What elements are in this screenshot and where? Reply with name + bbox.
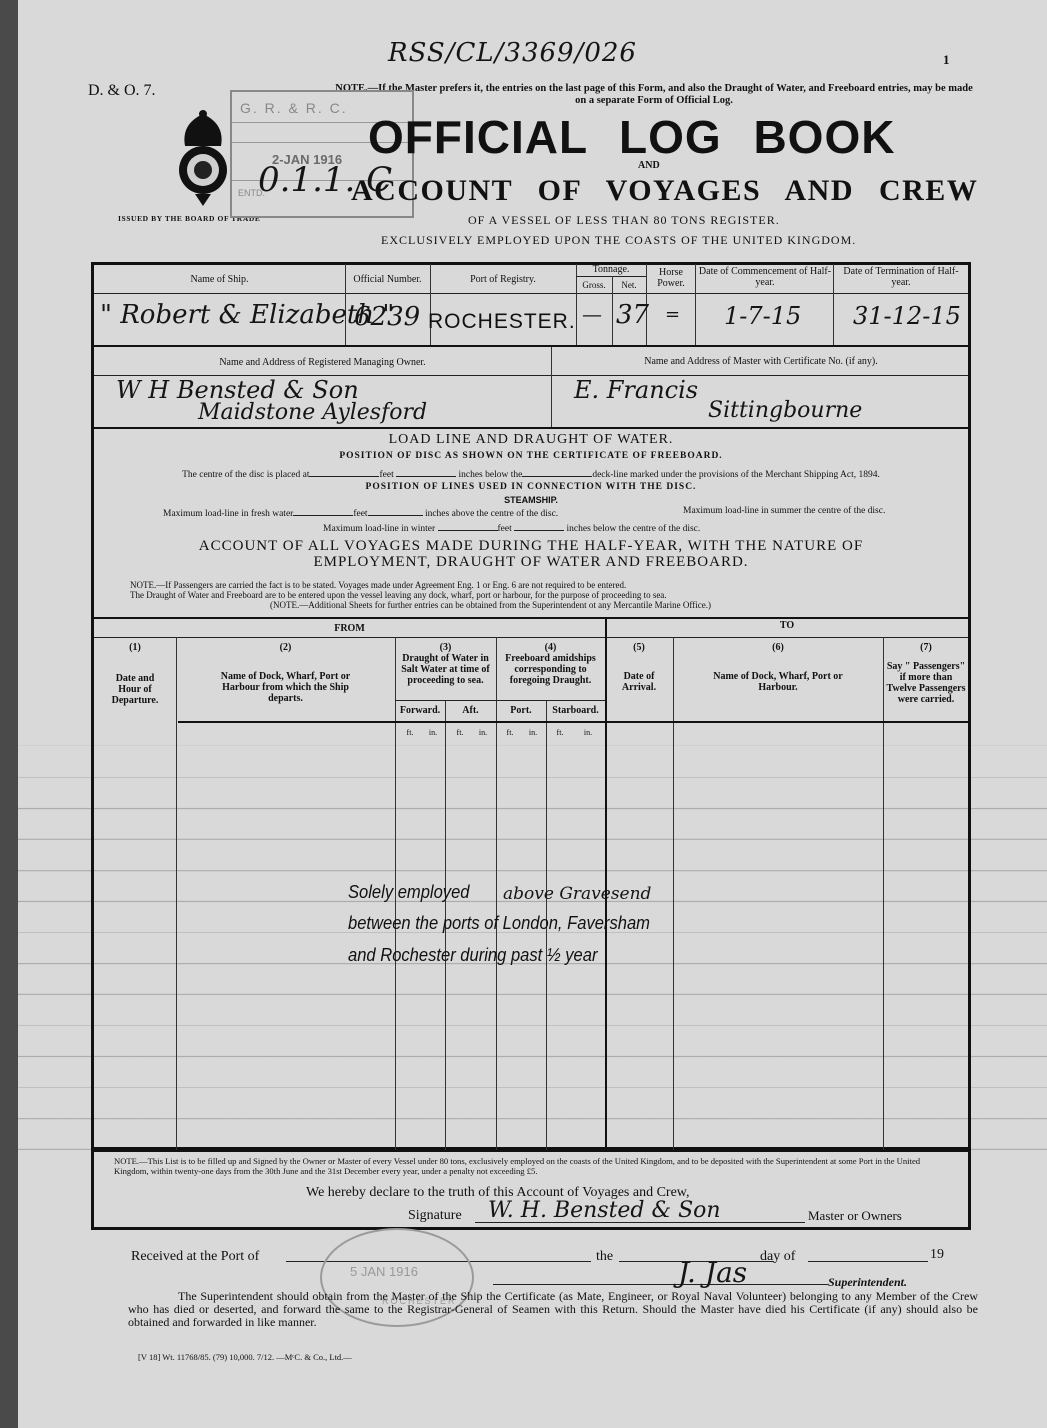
winter-inches-field[interactable] bbox=[514, 521, 564, 531]
coasts-line: EXCLUSIVELY EMPLOYED UPON THE COASTS OF … bbox=[381, 233, 856, 248]
superintendent-signature: J. Jas bbox=[678, 1256, 747, 1289]
master-name-value: E. Francis bbox=[574, 376, 698, 404]
date-termination-value: 31-12-15 bbox=[853, 302, 961, 330]
account-notes: NOTE.—If Passengers are carried the fact… bbox=[130, 580, 711, 610]
label-date-commencement: Date of Commencement of Half-year. bbox=[698, 266, 832, 288]
unit-in: in. bbox=[522, 727, 544, 738]
net-tonnage-value: 37 bbox=[616, 300, 649, 330]
col1-header: (1) Date and Hour of Departure. bbox=[94, 642, 176, 706]
fresh-water-feet-field[interactable] bbox=[293, 506, 353, 516]
lines-heading: POSITION OF LINES USED IN CONNECTION WIT… bbox=[91, 482, 971, 492]
label-name-of-ship: Name of Ship. bbox=[94, 274, 345, 285]
label-port-of-registry: Port of Registry. bbox=[430, 274, 576, 285]
receipt-the-label: the bbox=[596, 1249, 613, 1265]
col4-port: Port. bbox=[496, 705, 546, 716]
winter-line: Maximum load-line in winter feet inches … bbox=[323, 521, 700, 534]
load-line-title: LOAD LINE AND DRAUGHT OF WATER. bbox=[91, 432, 971, 448]
label-horse-power: Horse Power. bbox=[648, 267, 694, 289]
signature-value[interactable]: W. H. Bensted & Son bbox=[488, 1198, 721, 1223]
stamp-office: G. R. & R. C. bbox=[240, 100, 348, 116]
col7-header: (7) Say " Passengers" if more than Twelv… bbox=[883, 642, 969, 705]
table-group-to: TO bbox=[607, 620, 967, 631]
printer-imprint: [V 18] Wt. 11768/85. (79) 10,000. 7/12. … bbox=[138, 1352, 352, 1362]
entry-line-2: between the ports of London, Faversham bbox=[348, 913, 650, 934]
date-commencement-value: 1-7-15 bbox=[724, 302, 801, 330]
deck-line-field[interactable] bbox=[522, 467, 592, 477]
col4-starboard: Starboard. bbox=[546, 705, 605, 716]
entry-line-1: Solely employed bbox=[348, 882, 470, 903]
label-net: Net. bbox=[612, 280, 646, 291]
account-title: ACCOUNT OF ALL VOYAGES MADE DURING THE H… bbox=[91, 538, 971, 570]
summer-line: Maximum load-line in summer the centre o… bbox=[683, 506, 885, 516]
unit-in: in. bbox=[472, 727, 494, 738]
gross-tonnage-value: — bbox=[582, 302, 602, 326]
signer-role: Master or Owners bbox=[808, 1208, 902, 1224]
disc-inches-field[interactable] bbox=[396, 467, 456, 477]
unit-in: in. bbox=[422, 727, 444, 738]
fresh-water-line: Maximum load-line in fresh waterfeet inc… bbox=[163, 506, 558, 519]
unit-ft: ft. bbox=[498, 727, 522, 738]
official-number-value: 6239 bbox=[354, 302, 420, 332]
ship-name-value: " Robert & Elizabeth " bbox=[100, 300, 394, 330]
master-address-value: Sittingbourne bbox=[708, 398, 862, 423]
superintendent-label: Superintendent. bbox=[828, 1275, 907, 1290]
label-tonnage: Tonnage. bbox=[576, 264, 646, 275]
footer-instructions: The Superintendent should obtain from th… bbox=[128, 1290, 978, 1329]
disc-heading: POSITION OF DISC AS SHOWN ON THE CERTIFI… bbox=[91, 451, 971, 461]
page-subtitle: ACCOUNT OF VOYAGES AND CREW bbox=[351, 174, 978, 208]
label-gross: Gross. bbox=[576, 280, 612, 291]
form-code: D. & O. 7. bbox=[88, 82, 156, 100]
title-and: AND bbox=[638, 160, 660, 171]
steamship-heading: STEAMSHIP. bbox=[91, 495, 971, 505]
entry-line-3: and Rochester during past ½ year bbox=[348, 945, 597, 966]
declaration-note: NOTE.—This List is to be filled up and S… bbox=[114, 1156, 954, 1176]
entry-handwritten-addition: above Gravesend bbox=[503, 884, 651, 904]
superintendent-line[interactable] bbox=[493, 1284, 828, 1285]
horse-power-value: = bbox=[665, 304, 680, 325]
col3-forward: Forward. bbox=[395, 705, 445, 716]
label-date-termination: Date of Termination of Half-year. bbox=[836, 266, 966, 288]
signature-label: Signature bbox=[408, 1208, 462, 1224]
page-number: 1 bbox=[943, 52, 950, 68]
col2-header: (2) Name of Dock, Wharf, Port or Harbour… bbox=[176, 642, 395, 704]
disc-feet-field[interactable] bbox=[309, 467, 379, 477]
label-official-number: Official Number. bbox=[345, 274, 430, 285]
fresh-water-inches-field[interactable] bbox=[368, 506, 423, 516]
col3-header: (3) Draught of Water in Salt Water at ti… bbox=[395, 642, 496, 686]
royal-crest-icon bbox=[175, 108, 231, 208]
top-note: NOTE.—If the Master prefers it, the entr… bbox=[334, 83, 974, 107]
label-owner: Name and Address of Registered Managing … bbox=[94, 357, 551, 368]
col4-header: (4) Freeboard amidships corresponding to… bbox=[496, 642, 605, 686]
owner-address-value: Maidstone Aylesford bbox=[198, 400, 427, 425]
label-master: Name and Address of Master with Certific… bbox=[551, 356, 971, 367]
unit-in: in. bbox=[574, 727, 602, 738]
receipt-month-field[interactable] bbox=[808, 1261, 928, 1262]
unit-ft: ft. bbox=[398, 727, 422, 738]
year-prefix: 19 bbox=[930, 1247, 944, 1263]
col6-header: (6) Name of Dock, Wharf, Port or Harbour… bbox=[673, 642, 883, 693]
port-of-registry-value: ROCHESTER. bbox=[428, 310, 576, 334]
col5-header: (5) Date of Arrival. bbox=[605, 642, 673, 693]
unit-ft: ft. bbox=[548, 727, 572, 738]
vessel-size-line: OF A VESSEL OF LESS THAN 80 TONS REGISTE… bbox=[468, 213, 780, 228]
received-at-label: Received at the Port of bbox=[131, 1249, 259, 1265]
archive-reference: RSS/CL/3369/026 bbox=[388, 38, 637, 68]
col3-aft: Aft. bbox=[445, 705, 496, 716]
document-page: RSS/CL/3369/026 1 D. & O. 7. NOTE.—If th… bbox=[18, 0, 1047, 1428]
day-of-label: day of bbox=[760, 1249, 795, 1265]
unit-ft: ft. bbox=[448, 727, 472, 738]
page-title: OFFICIAL LOG BOOK bbox=[368, 110, 895, 164]
winter-feet-field[interactable] bbox=[438, 521, 498, 531]
table-group-from: FROM bbox=[94, 623, 605, 634]
disc-sentence: The centre of the disc is placed atfeet … bbox=[91, 467, 971, 480]
